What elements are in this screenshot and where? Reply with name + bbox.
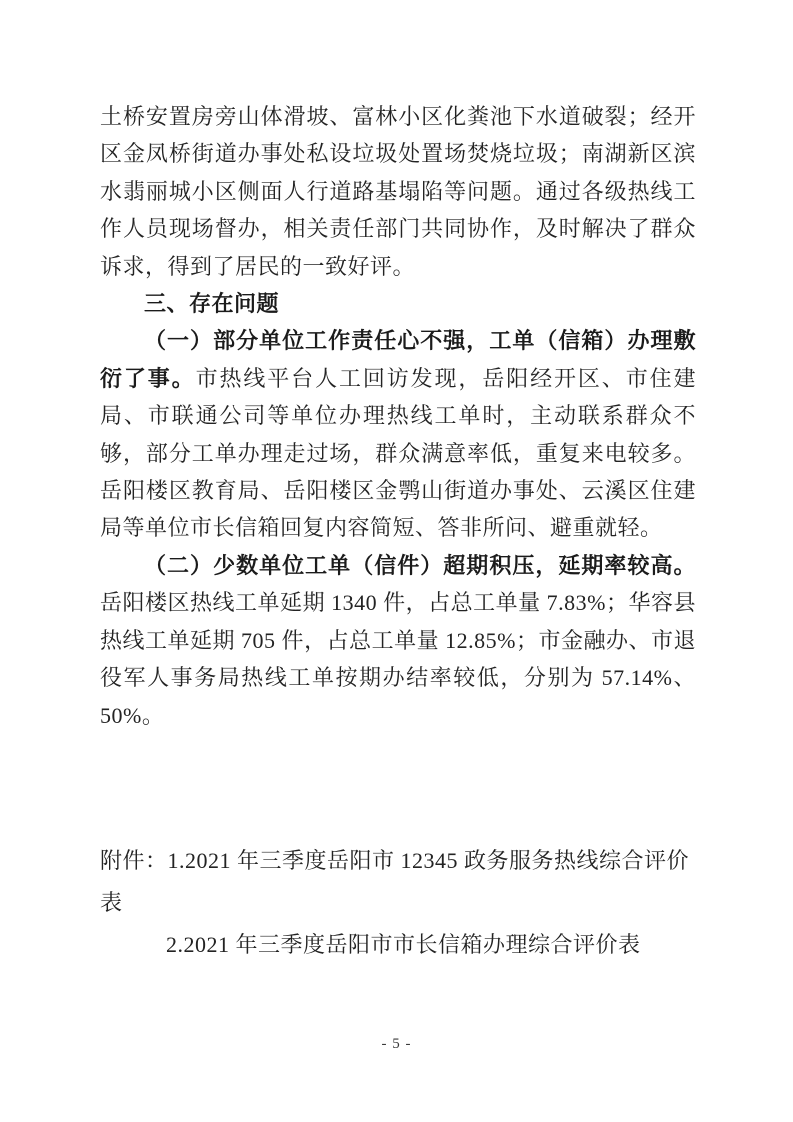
paragraph-item-2: （二）少数单位工单（信件）超期积压，延期率较高。岳阳楼区热线工单延期 1340 … bbox=[100, 547, 696, 734]
section-heading: 三、存在问题 bbox=[100, 285, 696, 322]
document-page: 土桥安置房旁山体滑坡、富林小区化粪池下水道破裂；经开区金凤桥街道办事处私设垃圾处… bbox=[0, 0, 793, 1122]
attachment-line-1: 附件：1.2021 年三季度岳阳市 12345 政务服务热线综合评价表 bbox=[100, 840, 696, 924]
attachments-block: 附件：1.2021 年三季度岳阳市 12345 政务服务热线综合评价表 2.20… bbox=[100, 840, 696, 966]
attachments-label: 附件： bbox=[100, 848, 168, 873]
item-2-lead-bold: （二）少数单位工单（信件）超期积压，延期率较高。 bbox=[144, 553, 696, 578]
attachment-item-2: 2.2021 年三季度岳阳市市长信箱办理综合评价表 bbox=[166, 932, 641, 957]
document-body: 土桥安置房旁山体滑坡、富林小区化粪池下水道破裂；经开区金凤桥街道办事处私设垃圾处… bbox=[100, 98, 696, 966]
paragraph-item-1: （一）部分单位工作责任心不强，工单（信箱）办理敷衍了事。市热线平台人工回访发现，… bbox=[100, 322, 696, 546]
attachment-line-2: 2.2021 年三季度岳阳市市长信箱办理综合评价表 bbox=[100, 924, 696, 966]
page-number: - 5 - bbox=[0, 1036, 793, 1053]
item-2-body-text: 岳阳楼区热线工单延期 1340 件，占总工单量 7.83%；华容县热线工单延期 … bbox=[100, 590, 696, 727]
attachment-item-1: 1.2021 年三季度岳阳市 12345 政务服务热线综合评价表 bbox=[100, 848, 689, 915]
item-1-body-text: 市热线平台人工回访发现，岳阳经开区、市住建局、市联通公司等单位办理热线工单时，主… bbox=[100, 366, 696, 541]
paragraph-continuation: 土桥安置房旁山体滑坡、富林小区化粪池下水道破裂；经开区金凤桥街道办事处私设垃圾处… bbox=[100, 98, 696, 285]
